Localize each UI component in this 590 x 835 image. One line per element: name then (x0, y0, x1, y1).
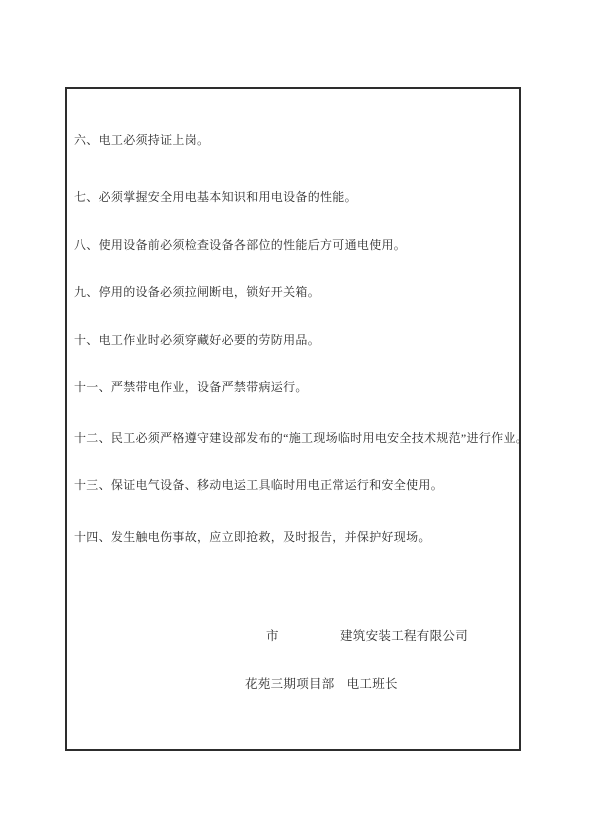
document-page: 六、电工必须持证上岗。 七、必须掌握安全用电基本知识和用电设备的性能。 八、使用… (0, 0, 590, 835)
signature-company-name: 建筑安装工程有限公司 (340, 628, 468, 644)
rule-item-14: 十四、发生触电伤事故，应立即抢救，及时报告，并保护好现场。 (74, 529, 431, 545)
signature-role-title: 电工班长 (347, 677, 398, 691)
rule-item-12: 十二、民工必须严格遵守建设部发布的“施工现场临时用电安全技术规范”进行作业。 (74, 430, 521, 446)
rule-item-10: 十、电工作业时必须穿藏好必要的劳防用品。 (74, 332, 320, 348)
document-frame: 六、电工必须持证上岗。 七、必须掌握安全用电基本知识和用电设备的性能。 八、使用… (65, 87, 521, 751)
rule-item-11: 十一、严禁带电作业，设备严禁带病运行。 (74, 379, 308, 395)
signature-city-prefix: 市 (266, 628, 279, 644)
rule-item-13: 十三、保证电气设备、移动电运工具临时用电正常运行和安全使用。 (74, 477, 443, 493)
signature-line-team: 花苑三期项目部电工班长 (245, 676, 398, 692)
signature-line-company: 市 建筑安装工程有限公司 (67, 628, 519, 646)
rule-item-9: 九、停用的设备必须拉闸断电，锁好开关箱。 (74, 284, 320, 300)
rule-item-6: 六、电工必须持证上岗。 (74, 132, 209, 148)
rule-item-8: 八、使用设备前必须检查设备各部位的性能后方可通电使用。 (74, 237, 406, 253)
rule-item-7: 七、必须掌握安全用电基本知识和用电设备的性能。 (74, 189, 357, 205)
signature-project-team: 花苑三期项目部 (245, 677, 335, 691)
